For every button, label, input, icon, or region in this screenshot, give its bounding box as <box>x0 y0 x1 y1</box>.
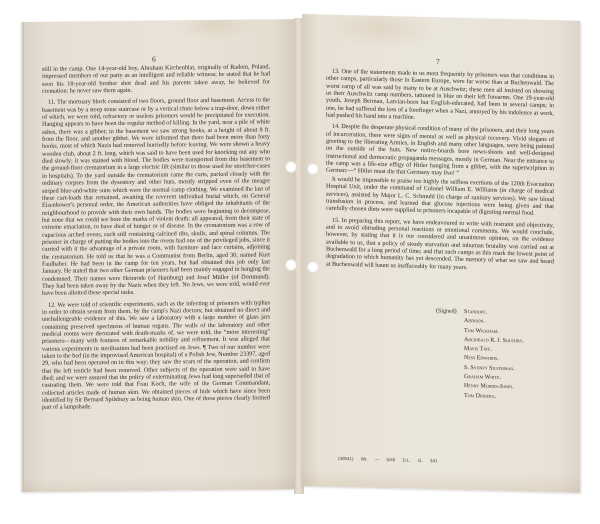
paragraph-13: 13. One of the statements made to us mos… <box>326 68 554 125</box>
open-booklet-spread: 6 still in the camp. One 14-year-old boy… <box>0 0 600 524</box>
paragraph-continued: still in the camp. One 14-year-old boy, … <box>42 63 270 95</box>
page-number-right: 7 <box>436 57 440 66</box>
paragraph-11: 11. The mortuary block consisted of two … <box>42 97 270 298</box>
signatory: Stanhope. <box>464 308 487 318</box>
left-page: 6 still in the camp. One 14-year-old boy… <box>22 19 294 492</box>
punch-hole-icon <box>285 161 297 173</box>
punch-hole-icon <box>307 163 319 175</box>
punch-hole-icon <box>307 261 319 273</box>
paragraph-14-cont: It would be impossible to praise too hig… <box>326 175 554 217</box>
paragraph-12: 12. We were told of scientific experimen… <box>42 299 270 412</box>
paper-stain <box>322 14 442 49</box>
left-page-text: still in the camp. One 14-year-old boy, … <box>42 63 270 415</box>
signature-block: (Signed) Stanhope. Addison. Tom Wickham.… <box>436 307 524 402</box>
signatory: Tom Driberg. <box>464 392 496 402</box>
paper-stain <box>174 19 254 40</box>
paragraph-14: 14. Despite the desperate physical condi… <box>326 123 554 180</box>
page-number-left: 6 <box>152 55 156 64</box>
signatory: Addison. <box>464 317 485 327</box>
punch-hole-icon <box>285 259 297 271</box>
paragraph-15: 15. In preparing this report, we have en… <box>326 216 554 273</box>
printer-imprint: (40041) Wt. — 5/45 D.L. G. 341 <box>338 456 438 463</box>
right-page-text: 13. One of the statements made to us mos… <box>326 68 554 278</box>
right-page: 7 13. One of the statements made to us m… <box>302 14 580 493</box>
